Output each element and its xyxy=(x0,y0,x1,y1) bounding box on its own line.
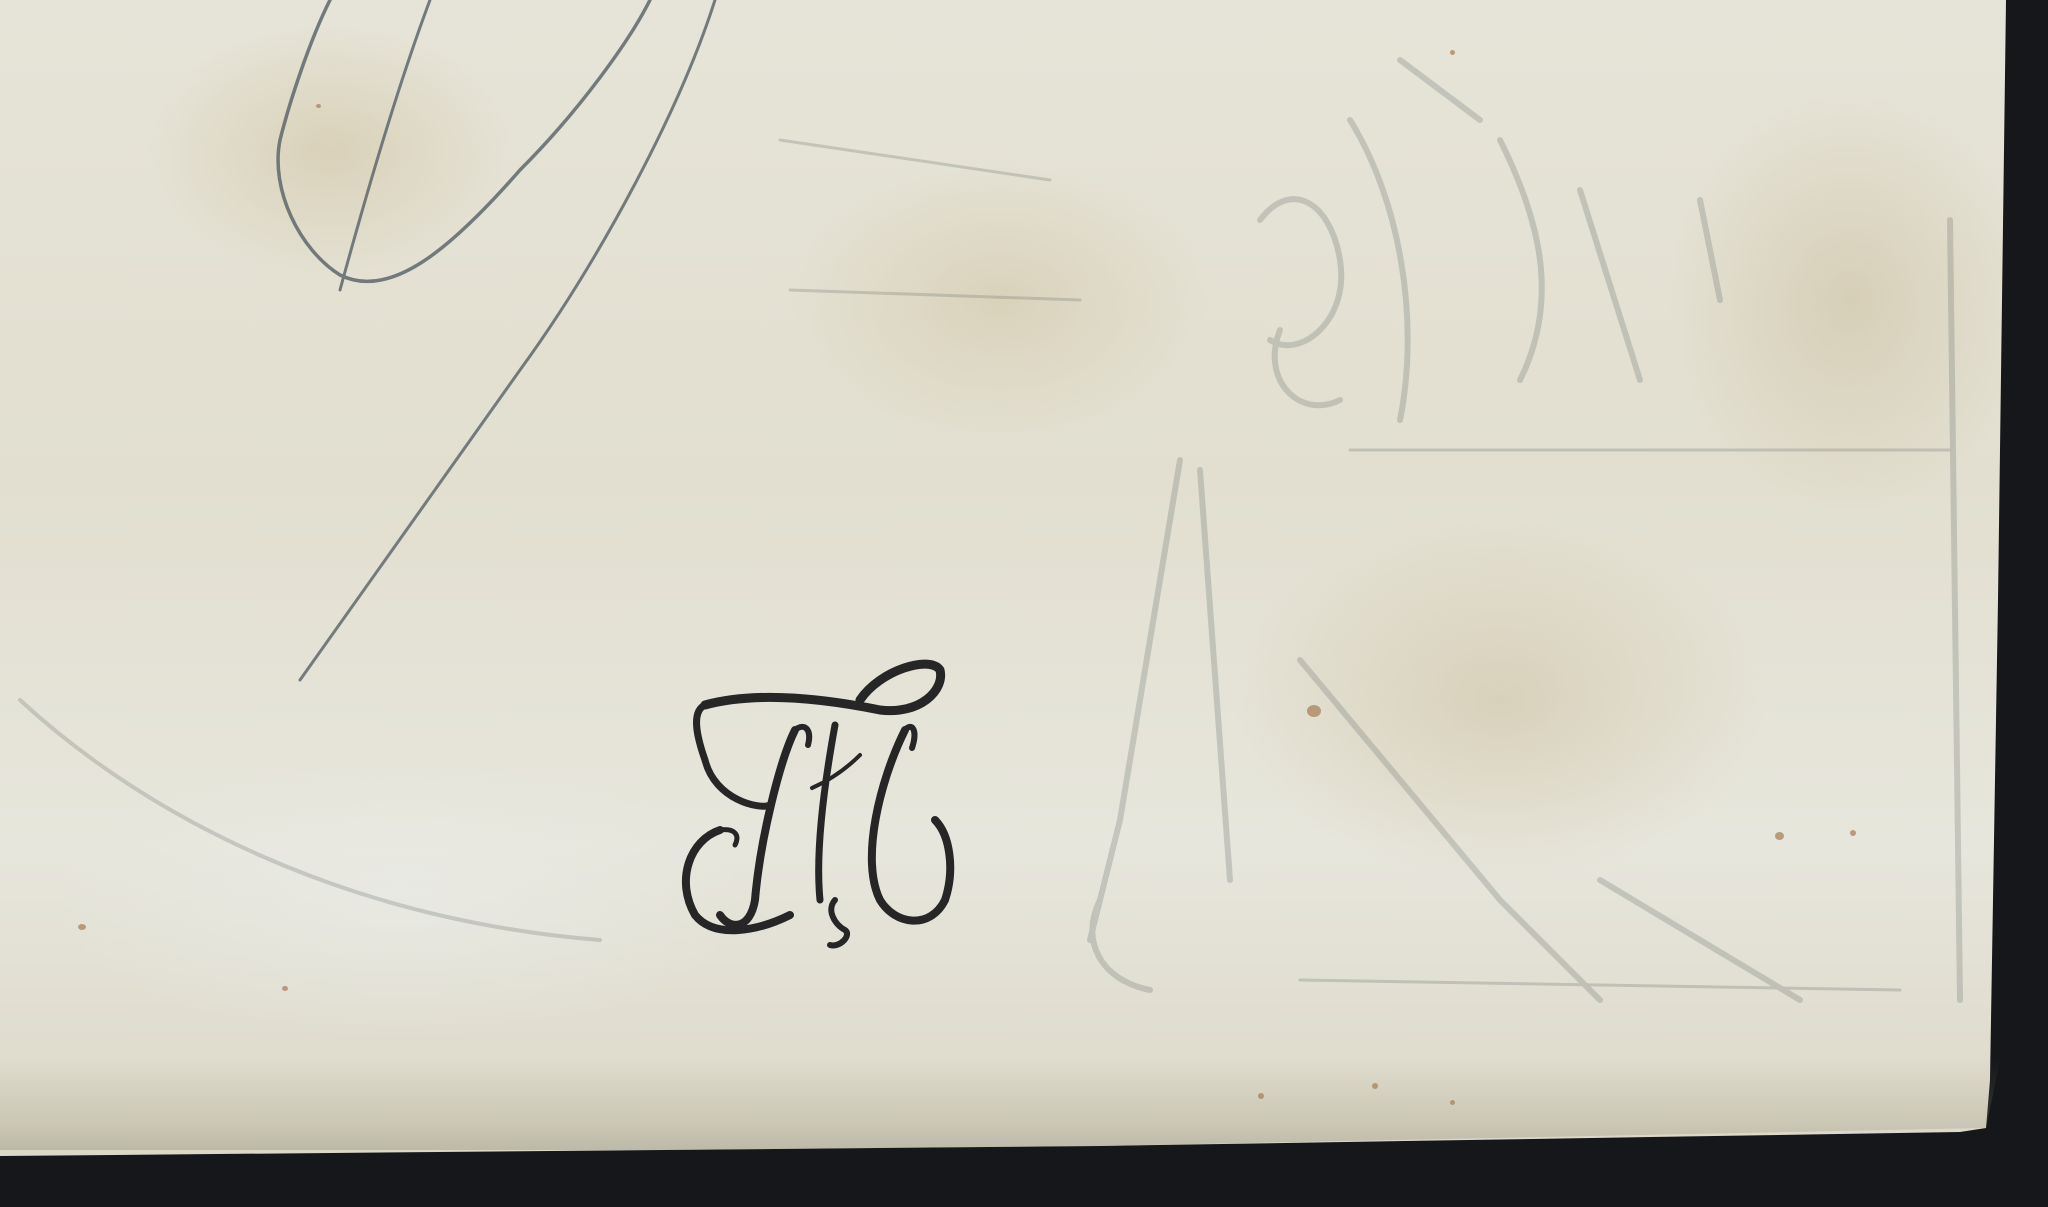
drawing-layer xyxy=(0,0,2048,1207)
show-through-etching xyxy=(20,60,1960,1000)
pencil-marks xyxy=(278,0,715,680)
monogram-stamp xyxy=(686,664,950,945)
